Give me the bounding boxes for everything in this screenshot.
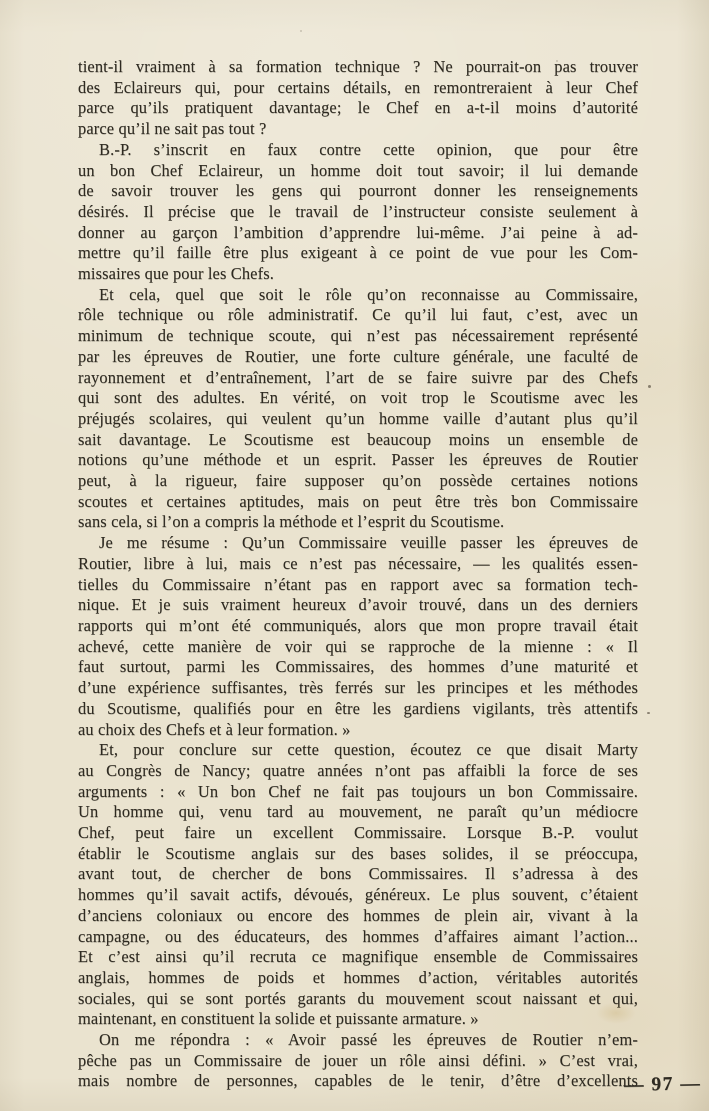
text-line: préjugés scolaires, qui veulent qu’un ho…	[78, 409, 638, 430]
paragraph: Et, pour conclure sur cette question, éc…	[78, 740, 638, 1030]
text-line: désirés. Il précise que le travail de l’…	[78, 202, 638, 223]
text-line: au Congrès de Nancy; quatre années n’ont…	[78, 761, 638, 782]
text-line: tielles du Commissaire n’étant pas en ra…	[78, 575, 638, 596]
text-line: mettre qu’il faille être plus exigeant à…	[78, 243, 638, 264]
text-line: rapports qui m’ont été communiqués, alor…	[78, 616, 638, 637]
body-text: tient-il vraiment à sa formation techniq…	[78, 57, 638, 1092]
text-line: sociales, qui se sont portés garants du …	[78, 989, 638, 1010]
text-line: Et cela, quel que soit le rôle qu’on rec…	[78, 285, 638, 306]
text-line: anglais, hommes de poids et hommes d’act…	[78, 968, 638, 989]
text-line: B.-P. s’inscrit en faux contre cette opi…	[78, 140, 638, 161]
text-line: du Scoutisme, qualifiés pour en être les…	[78, 699, 638, 720]
text-line: peut, à la rigueur, faire supposer qu’on…	[78, 471, 638, 492]
text-line: rayonnement et d’entraînement, l’art de …	[78, 368, 638, 389]
text-line: avant tout, de chercher de bons Commissa…	[78, 864, 638, 885]
paragraph: Et cela, quel que soit le rôle qu’on rec…	[78, 285, 638, 533]
text-line: parce qu’il ne sait pas tout ?	[78, 119, 638, 140]
text-line: des Eclaireurs qui, pour certains détail…	[78, 78, 638, 99]
text-line: minimum de technique scoute, qui n’est p…	[78, 326, 638, 347]
text-line: Un homme qui, venu tard au mouvement, ne…	[78, 802, 638, 823]
book-page: tient-il vraiment à sa formation techniq…	[0, 0, 709, 1111]
paragraph: tient-il vraiment à sa formation techniq…	[78, 57, 638, 140]
text-line: tient-il vraiment à sa formation techniq…	[78, 57, 638, 78]
text-line: achevé, cette manière de voir qui se rap…	[78, 637, 638, 658]
text-line: On me répondra : « Avoir passé les épreu…	[78, 1030, 638, 1051]
text-line: donner au garçon l’ambition d’apprendre …	[78, 223, 638, 244]
text-line: Et c’est ainsi qu’il recruta ce magnifiq…	[78, 947, 638, 968]
scan-speck	[556, 60, 558, 62]
text-line: qui sont des adultes. En vérité, on voit…	[78, 388, 638, 409]
text-line: scoutes et certaines aptitudes, mais on …	[78, 492, 638, 513]
text-line: maintenant, en constituent la solide et …	[78, 1009, 638, 1030]
text-line: notions qu’une méthode et un esprit. Pas…	[78, 450, 638, 471]
text-line: rôle technique ou rôle administratif. Ce…	[78, 305, 638, 326]
text-line: Routier, libre à lui, mais ce n’est pas …	[78, 554, 638, 575]
text-line: sait davantage. Le Scoutisme est beaucou…	[78, 430, 638, 451]
text-line: campagne, ou des éducateurs, des hommes …	[78, 927, 638, 948]
text-line: faut surtout, parmi les Commissaires, de…	[78, 657, 638, 678]
text-line: d’anciens coloniaux ou encore des hommes…	[78, 906, 638, 927]
text-line: arguments : « Un bon Chef ne fait pas to…	[78, 782, 638, 803]
scan-speck	[648, 385, 651, 388]
scan-speck	[647, 712, 650, 714]
paragraph: B.-P. s’inscrit en faux contre cette opi…	[78, 140, 638, 285]
text-line: Je me résume : Qu’un Commissaire veuille…	[78, 533, 638, 554]
text-line: parce qu’ils pratiquent davantage; le Ch…	[78, 98, 638, 119]
text-line: mais nombre de personnes, capables de le…	[78, 1071, 638, 1092]
page-number: — 97 —	[624, 1073, 702, 1097]
text-line: missaires que pour les Chefs.	[78, 264, 638, 285]
text-line: établir le Scoutisme anglais sur des bas…	[78, 844, 638, 865]
text-line: d’une expérience suffisantes, très ferré…	[78, 678, 638, 699]
text-line: Chef, peut faire un excellent Commissair…	[78, 823, 638, 844]
scan-stain	[596, 1002, 636, 1024]
text-line: par les épreuves de Routier, une forte c…	[78, 347, 638, 368]
text-line: au choix des Chefs et à leur formation. …	[78, 720, 638, 741]
text-line: un bon Chef Eclaireur, un homme doit tou…	[78, 161, 638, 182]
scan-speck	[300, 30, 302, 32]
text-line: hommes qu’il savait actifs, dévoués, gén…	[78, 885, 638, 906]
paragraph: On me répondra : « Avoir passé les épreu…	[78, 1030, 638, 1092]
text-line: nique. Et je suis vraiment heureux d’avo…	[78, 595, 638, 616]
text-line: de savoir trouver les gens qui pourront …	[78, 181, 638, 202]
text-line: sans cela, si l’on a compris la méthode …	[78, 512, 638, 533]
text-line: Et, pour conclure sur cette question, éc…	[78, 740, 638, 761]
text-line: pêche pas un Commissaire de jouer un rôl…	[78, 1051, 638, 1072]
paragraph: Je me résume : Qu’un Commissaire veuille…	[78, 533, 638, 740]
